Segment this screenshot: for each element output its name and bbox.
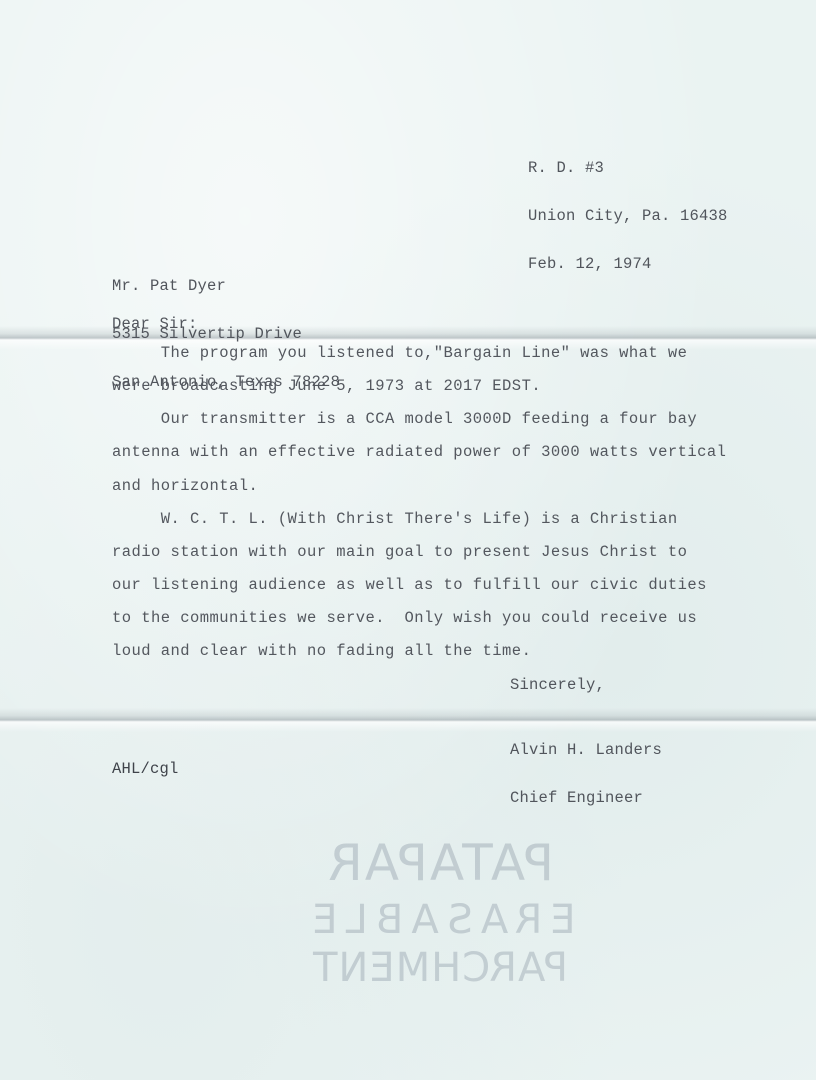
body-line: were broadcasting June 5, 1973 at 2017 E… (112, 378, 541, 394)
closing: Sincerely, (510, 677, 605, 693)
watermark-line3: PARCHMENT (270, 948, 610, 988)
reference-initials: AHL/cgl (112, 761, 179, 777)
body-line: Our transmitter is a CCA model 3000D fee… (112, 411, 697, 427)
body-line: The program you listened to,"Bargain Lin… (112, 345, 687, 361)
signature-block: Alvin H. Landers Chief Engineer (510, 710, 662, 838)
body-line: radio station with our main goal to pres… (112, 544, 687, 560)
body-line: loud and clear with no fading all the ti… (112, 643, 531, 659)
salutation: Dear Sir: (112, 316, 198, 332)
letter-date: Feb. 12, 1974 (528, 256, 728, 272)
letter-page: R. D. #3 Union City, Pa. 16438 Feb. 12, … (0, 0, 816, 1080)
body-line: and horizontal. (112, 478, 258, 494)
body-line: to the communities we serve. Only wish y… (112, 610, 697, 626)
return-address-line2: Union City, Pa. 16438 (528, 208, 728, 224)
body-line: W. C. T. L. (With Christ There's Life) i… (112, 511, 678, 527)
body-line: our listening audience as well as to ful… (112, 577, 707, 593)
body-line: antenna with an effective radiated power… (112, 444, 726, 460)
signer-title: Chief Engineer (510, 790, 662, 806)
watermark-line1: PATAPAR (270, 838, 610, 888)
return-address: R. D. #3 Union City, Pa. 16438 Feb. 12, … (528, 128, 728, 304)
paper-fold-highlight-lower (0, 722, 816, 732)
paper-fold-lower (0, 708, 816, 722)
recipient-name: Mr. Pat Dyer (112, 278, 340, 294)
return-address-line1: R. D. #3 (528, 160, 728, 176)
inside-address: Mr. Pat Dyer 5315 Silvertip Drive San An… (112, 246, 340, 422)
signer-name: Alvin H. Landers (510, 742, 662, 758)
paper-watermark: PATAPAR ERASABLE PARCHMENT (270, 838, 610, 988)
watermark-line2: ERASABLE (270, 900, 610, 940)
